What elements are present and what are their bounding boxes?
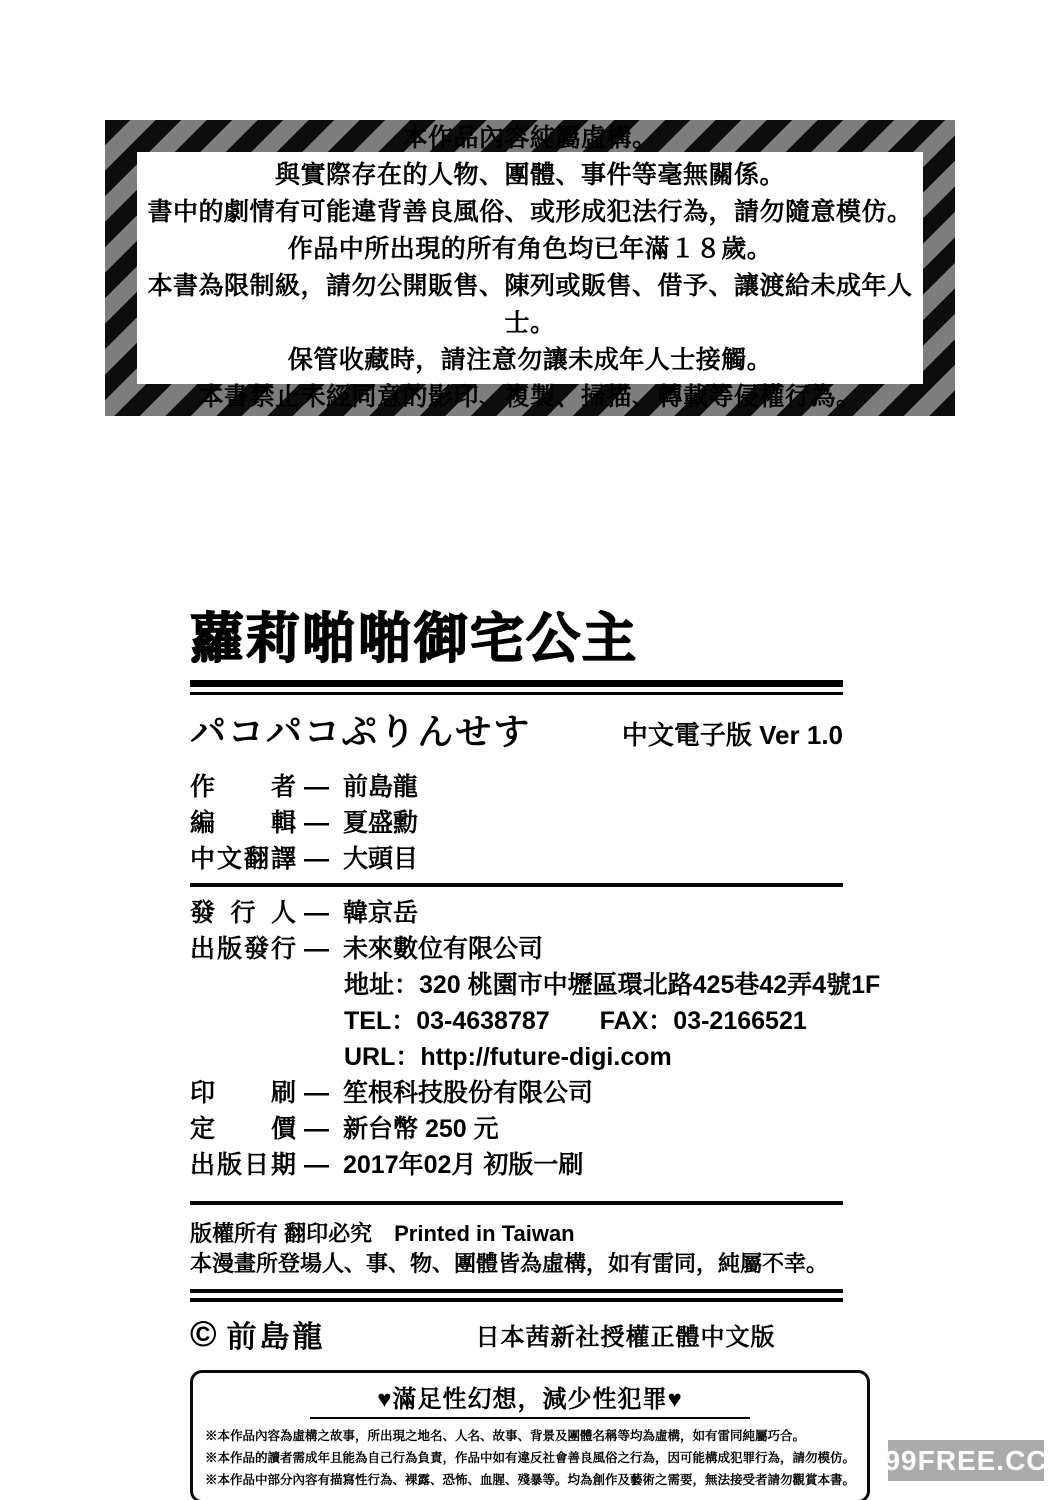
advisory-note: ※本作品中部分內容有描寫性行為、裸露、恐怖、血腥、殘暴等。均為創作及藝術之需要，… (205, 1469, 855, 1491)
credit-label: 作者 (190, 769, 296, 805)
credit-label: 中文翻譯 (190, 841, 296, 877)
advisory-note: ※本作品內容為虛構之故事，所出現之地名、人名、故事、背景及團體名稱等均為虛構，如… (205, 1425, 855, 1447)
copyright-section: 版權所有 翻印必究 Printed in Taiwan 本漫畫所登場人、事、物、… (190, 1219, 870, 1279)
dash-separator: — (304, 769, 329, 805)
publication-value: 笙根科技股份有限公司 (343, 1079, 593, 1107)
warning-line: 本書禁止未經同意的影印、複製、掃描、轉載等侵權行為。 (137, 379, 923, 416)
credit-row-author: 作者—前島龍 (190, 769, 870, 805)
license-text: 日本茜新社授權正體中文版 (476, 1317, 776, 1352)
advisory-note: ※本作品的讀者需成年且能為自己行為負責，作品中如有違反社會善良風俗之行為，因可能… (205, 1447, 855, 1469)
publication-value: 2017年02月 初版一刷 (343, 1151, 583, 1179)
publication-value: TEL：03-4638787 FAX：03-2166521 (344, 1007, 807, 1035)
publication-label: 印刷 (190, 1075, 296, 1111)
publication-value: 未來數位有限公司 (343, 935, 543, 963)
warning-text-panel: 本作品內容純屬虛構。 與實際存在的人物、團體、事件等毫無關係。 書中的劇情有可能… (137, 152, 923, 384)
edition-version: 中文電子版 Ver 1.0 (622, 715, 843, 752)
book-title: 蘿莉啪啪御宅公主 (190, 610, 870, 668)
dash-separator: — (304, 1111, 329, 1147)
warning-line: 書中的劇情有可能違背善良風俗、或形成犯法行為，請勿隨意模仿。 (137, 194, 923, 231)
publication-row-pub-date: 出版日期—2017年02月 初版一刷 (190, 1147, 870, 1183)
dash-separator: — (304, 1147, 329, 1183)
credit-value: 大頭目 (343, 845, 418, 873)
credit-value: 前島龍 (343, 773, 418, 801)
book-subtitle-japanese: パコパコぷりんせす (190, 704, 531, 755)
warning-line: 與實際存在的人物、團體、事件等毫無關係。 (137, 157, 923, 194)
advisory-box: ♥滿足性幻想，減少性犯罪♥ ※本作品內容為虛構之故事，所出現之地名、人名、故事、… (190, 1370, 870, 1500)
credit-row-translator: 中文翻譯—大頭目 (190, 841, 870, 877)
credit-label: 編輯 (190, 805, 296, 841)
warning-line: 作品中所出現的所有角色均已年滿１８歲。 (137, 231, 923, 268)
publication-value: 新台幣 250 元 (343, 1115, 499, 1143)
warning-line: 保管收藏時，請注意勿讓未成年人士接觸。 (137, 342, 923, 379)
publication-row-publisher-person: 發行人—韓京岳 (190, 895, 870, 931)
publication-value: URL：http://future-digi.com (344, 1043, 672, 1071)
advisory-heading: ♥滿足性幻想，減少性犯罪♥ (205, 1379, 855, 1414)
warning-line: 本作品內容純屬虛構。 (137, 120, 923, 157)
publication-row-address: 地址：320 桃園市中壢區環北路425巷42弄4號1F (190, 967, 870, 1003)
publication-label: 出版發行 (190, 931, 296, 967)
license-row: © 前島龍 日本茜新社授權正體中文版 (190, 1312, 870, 1356)
copyright-line: 本漫畫所登場人、事、物、團體皆為虛構，如有雷同，純屬不幸。 (190, 1249, 870, 1279)
copyright-symbol-icon: © (190, 1313, 217, 1355)
colophon: 蘿莉啪啪御宅公主 パコパコぷりんせす 中文電子版 Ver 1.0 作者—前島龍 … (190, 610, 870, 1500)
divider (190, 680, 843, 687)
advisory-heading-underline (310, 1417, 750, 1419)
publication-row-price: 定價—新台幣 250 元 (190, 1111, 870, 1147)
dash-separator: — (304, 931, 329, 967)
dash-separator: — (304, 895, 329, 931)
publication-row-printer: 印刷—笙根科技股份有限公司 (190, 1075, 870, 1111)
divider (190, 1298, 843, 1302)
divider (190, 692, 843, 695)
copyright-line: 版權所有 翻印必究 Printed in Taiwan (190, 1219, 870, 1249)
credit-value: 夏盛勳 (343, 809, 418, 837)
site-watermark: 99FREE.CC (888, 1440, 1044, 1481)
credits-section: 作者—前島龍 編輯—夏盛勳 中文翻譯—大頭目 (190, 769, 870, 877)
publication-label: 出版日期 (190, 1147, 296, 1183)
publication-row-tel-fax: TEL：03-4638787 FAX：03-2166521 (190, 1003, 870, 1039)
publication-row-url: URL：http://future-digi.com (190, 1039, 870, 1075)
divider (190, 883, 843, 887)
publication-value: 地址：320 桃園市中壢區環北路425巷42弄4號1F (344, 971, 880, 999)
credit-row-editor: 編輯—夏盛勳 (190, 805, 870, 841)
warning-line: 本書為限制級，請勿公開販售、陳列或販售、借予、讓渡給未成年人士。 (137, 268, 923, 342)
dash-separator: — (304, 1075, 329, 1111)
publication-row-publisher-company: 出版發行—未來數位有限公司 (190, 931, 870, 967)
publication-value: 韓京岳 (343, 899, 418, 927)
dash-separator: — (304, 805, 329, 841)
dash-separator: — (304, 841, 329, 877)
publication-section: 發行人—韓京岳 出版發行—未來數位有限公司 地址：320 桃園市中壢區環北路42… (190, 895, 870, 1183)
license-author: 前島龍 (227, 1312, 326, 1356)
publication-label: 發行人 (190, 895, 296, 931)
warning-striped-box: 本作品內容純屬虛構。 與實際存在的人物、團體、事件等毫無關係。 書中的劇情有可能… (105, 120, 955, 416)
divider (190, 1201, 843, 1205)
publication-label: 定價 (190, 1111, 296, 1147)
